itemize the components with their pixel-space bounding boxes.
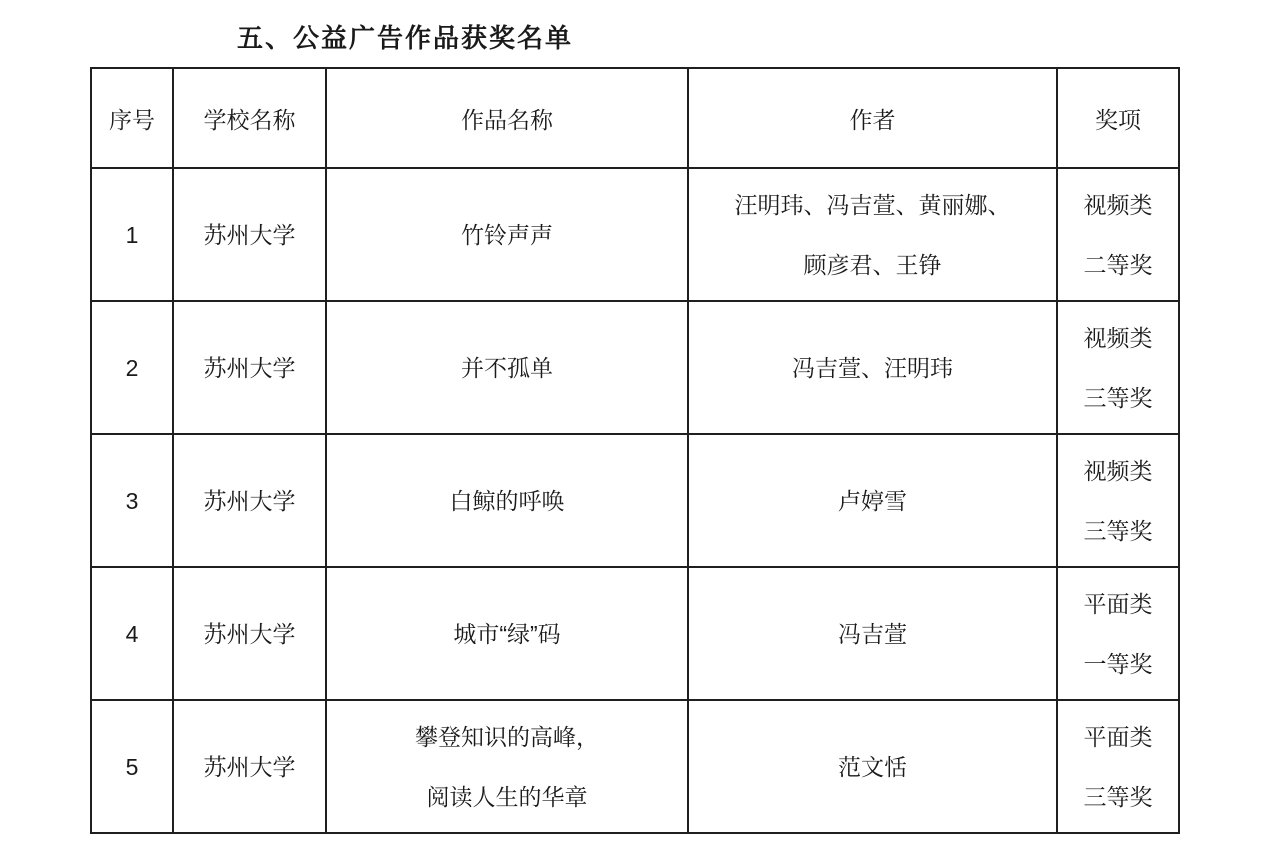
school-name: 苏州大学	[174, 471, 325, 531]
cell-index: 4	[91, 567, 173, 700]
cell-index: 2	[91, 301, 173, 434]
table-row: 5 苏州大学 攀登知识的高峰， 阅读人生的华章 范文恬 平面类 三等奖	[91, 700, 1179, 833]
index-value: 5	[92, 737, 172, 797]
index-value: 1	[92, 205, 172, 265]
cell-school: 苏州大学	[173, 434, 326, 567]
award-category: 平面类	[1058, 707, 1178, 767]
col-header-award: 奖项	[1057, 68, 1179, 168]
cell-award: 平面类 三等奖	[1057, 700, 1179, 833]
index-value: 4	[92, 604, 172, 664]
award-category: 视频类	[1058, 175, 1178, 235]
work-title: 竹铃声声	[327, 205, 687, 265]
authors-line: 范文恬	[689, 737, 1056, 797]
cell-award: 视频类 二等奖	[1057, 168, 1179, 301]
cell-school: 苏州大学	[173, 700, 326, 833]
index-value: 3	[92, 471, 172, 531]
table-row: 2 苏州大学 并不孤单 冯吉萱、汪明玮 视频类 三等奖	[91, 301, 1179, 434]
award-rank: 二等奖	[1058, 235, 1178, 295]
awards-table: 序号 学校名称 作品名称 作者 奖项 1 苏州大学 竹铃声声 汪明玮、冯吉萱、黄…	[90, 67, 1180, 834]
authors-line: 卢婷雪	[689, 471, 1056, 531]
cell-work: 竹铃声声	[326, 168, 688, 301]
work-title-line: 阅读人生的华章	[327, 767, 687, 827]
cell-work: 城市“绿”码	[326, 567, 688, 700]
authors-line: 冯吉萱	[689, 604, 1056, 664]
cell-award: 平面类 一等奖	[1057, 567, 1179, 700]
work-title: 并不孤单	[327, 338, 687, 398]
col-header-author: 作者	[688, 68, 1057, 168]
work-title-line: 攀登知识的高峰，	[327, 707, 687, 767]
award-category: 平面类	[1058, 574, 1178, 634]
col-header-work: 作品名称	[326, 68, 688, 168]
school-name: 苏州大学	[174, 338, 325, 398]
cell-award: 视频类 三等奖	[1057, 434, 1179, 567]
award-category: 视频类	[1058, 441, 1178, 501]
table-row: 3 苏州大学 白鲸的呼唤 卢婷雪 视频类 三等奖	[91, 434, 1179, 567]
school-name: 苏州大学	[174, 737, 325, 797]
cell-authors: 卢婷雪	[688, 434, 1057, 567]
cell-school: 苏州大学	[173, 168, 326, 301]
award-rank: 三等奖	[1058, 368, 1178, 428]
cell-school: 苏州大学	[173, 301, 326, 434]
cell-authors: 冯吉萱	[688, 567, 1057, 700]
cell-work: 攀登知识的高峰， 阅读人生的华章	[326, 700, 688, 833]
cell-authors: 冯吉萱、汪明玮	[688, 301, 1057, 434]
award-category: 视频类	[1058, 308, 1178, 368]
award-rank: 三等奖	[1058, 501, 1178, 561]
section-title: 五、公益广告作品获奖名单	[237, 18, 573, 55]
cell-work: 并不孤单	[326, 301, 688, 434]
cell-award: 视频类 三等奖	[1057, 301, 1179, 434]
cell-authors: 范文恬	[688, 700, 1057, 833]
cell-school: 苏州大学	[173, 567, 326, 700]
table-header-row: 序号 学校名称 作品名称 作者 奖项	[91, 68, 1179, 168]
col-header-index: 序号	[91, 68, 173, 168]
cell-index: 5	[91, 700, 173, 833]
authors-line: 冯吉萱、汪明玮	[689, 338, 1056, 398]
cell-work: 白鲸的呼唤	[326, 434, 688, 567]
index-value: 2	[92, 338, 172, 398]
authors-line: 汪明玮、冯吉萱、黄丽娜、	[689, 175, 1056, 235]
cell-authors: 汪明玮、冯吉萱、黄丽娜、 顾彦君、王铮	[688, 168, 1057, 301]
school-name: 苏州大学	[174, 205, 325, 265]
award-rank: 一等奖	[1058, 634, 1178, 694]
cell-index: 3	[91, 434, 173, 567]
award-rank: 三等奖	[1058, 767, 1178, 827]
authors-line: 顾彦君、王铮	[689, 235, 1056, 295]
col-header-school: 学校名称	[173, 68, 326, 168]
cell-index: 1	[91, 168, 173, 301]
table-row: 4 苏州大学 城市“绿”码 冯吉萱 平面类 一等奖	[91, 567, 1179, 700]
work-title: 白鲸的呼唤	[327, 471, 687, 531]
school-name: 苏州大学	[174, 604, 325, 664]
table-row: 1 苏州大学 竹铃声声 汪明玮、冯吉萱、黄丽娜、 顾彦君、王铮 视频类 二等奖	[91, 168, 1179, 301]
document-page: 五、公益广告作品获奖名单 序号 学校名称 作品名称 作者 奖项 1 苏州大学 竹…	[0, 0, 1270, 859]
work-title: 城市“绿”码	[327, 604, 687, 664]
